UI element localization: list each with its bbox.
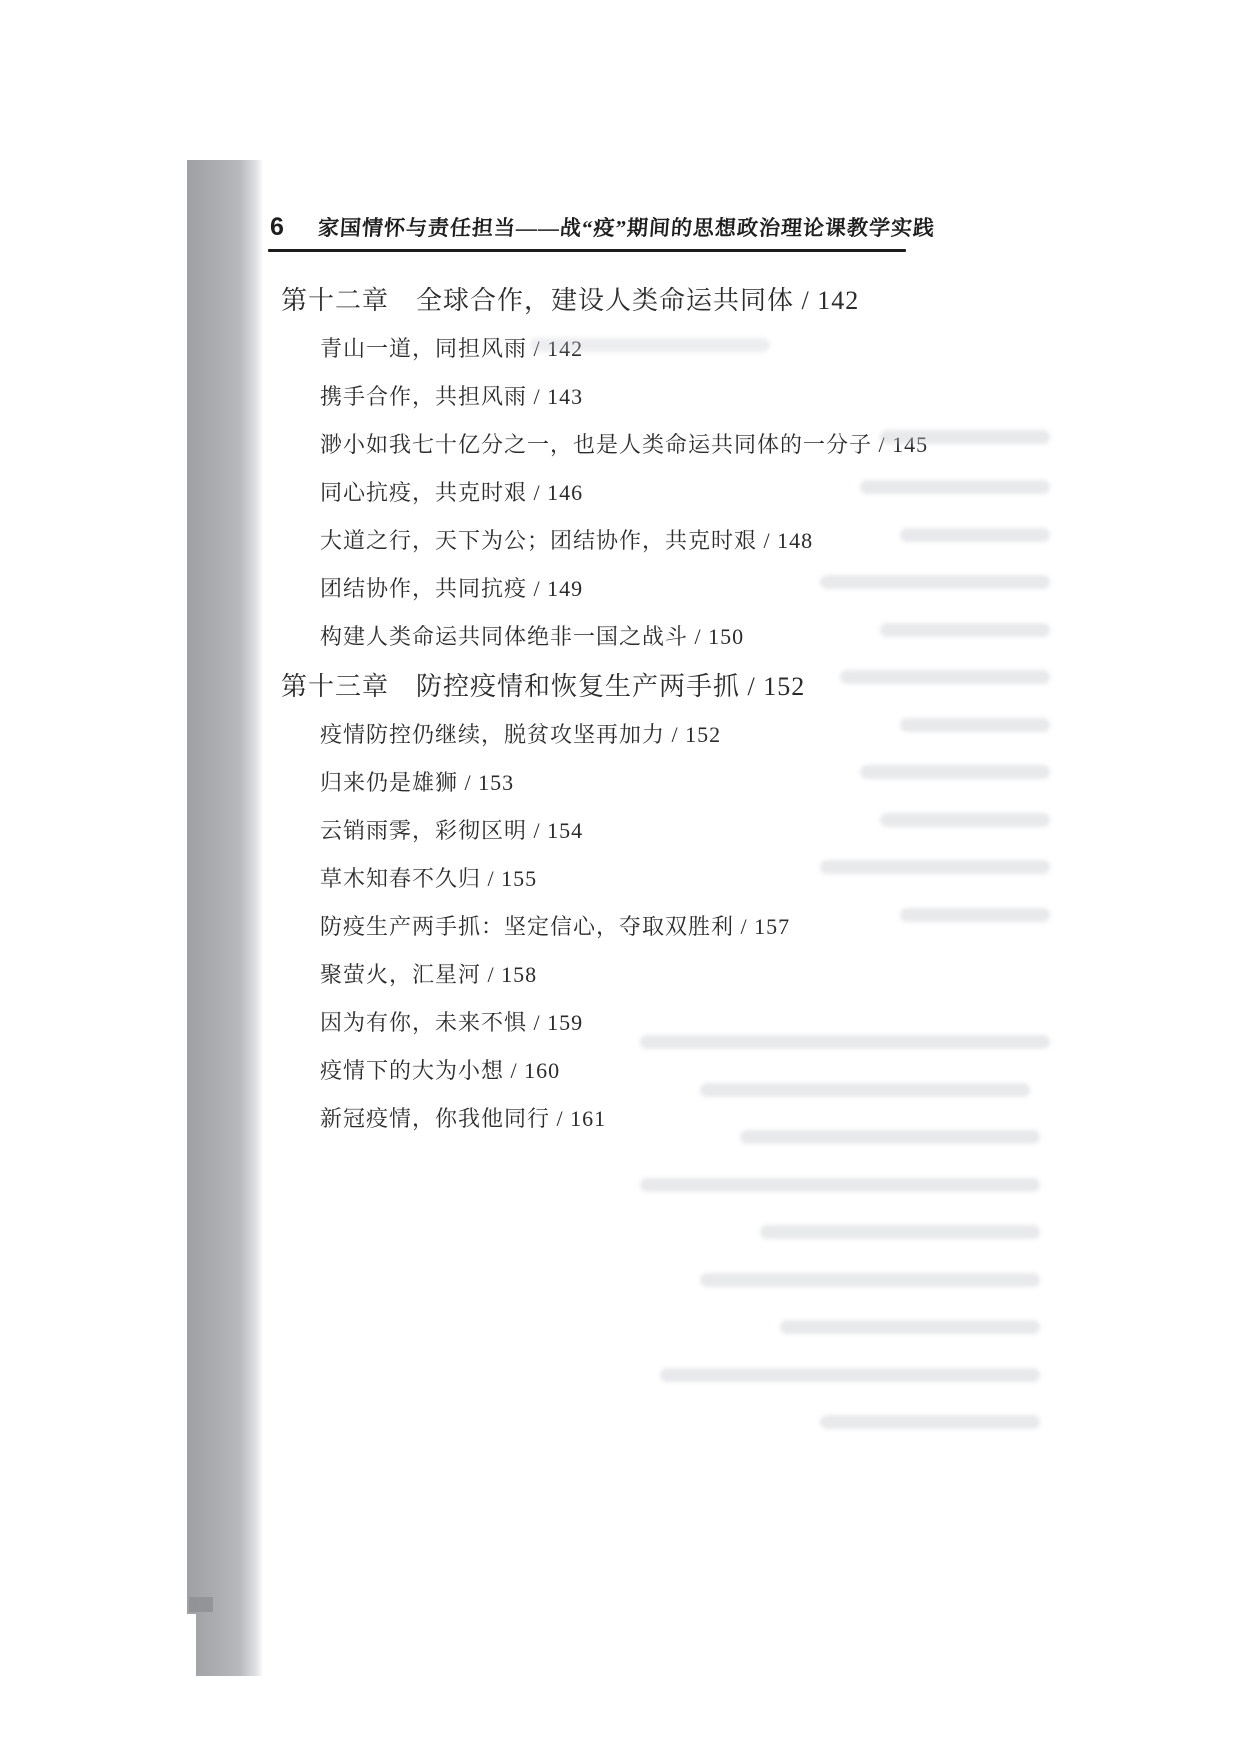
running-head: 6 家国情怀与责任担当——战“疫”期间的思想政治理论课教学实践 xyxy=(270,212,910,242)
bleedthrough-line xyxy=(640,1178,1040,1192)
bleedthrough-line xyxy=(840,670,1050,684)
scan-corner-mark xyxy=(189,1597,213,1612)
header-rule xyxy=(268,249,906,252)
toc-entry-line: 疫情下的大为小想 / 160 xyxy=(281,1056,1001,1086)
bleedthrough-line xyxy=(740,1130,1040,1144)
bleedthrough-line xyxy=(820,860,1050,874)
bleedthrough-line xyxy=(700,1083,1030,1097)
bleedthrough-line xyxy=(820,575,1050,589)
running-head-title: 家国情怀与责任担当——战“疫”期间的思想政治理论课教学实践 xyxy=(317,212,936,242)
bleedthrough-line xyxy=(880,623,1050,637)
bleedthrough-line xyxy=(780,1320,1040,1334)
page-number: 6 xyxy=(270,213,284,242)
gutter-shadow xyxy=(187,160,263,1676)
bleedthrough-line xyxy=(880,813,1050,827)
bleedthrough-line xyxy=(860,480,1050,494)
toc-entry-line: 大道之行，天下为公；团结协作，共克时艰 / 148 xyxy=(281,526,1001,556)
toc-entry-line: 疫情防控仍继续，脱贫攻坚再加力 / 152 xyxy=(281,720,1001,750)
table-of-contents: 第十二章 全球合作，建设人类命运共同体 / 142 青山一道，同担风雨 / 14… xyxy=(281,284,1001,1152)
bleedthrough-line xyxy=(640,1035,1050,1049)
bleedthrough-line xyxy=(860,765,1050,779)
bleedthrough-line xyxy=(530,338,770,352)
bleedthrough-line xyxy=(900,718,1050,732)
bleedthrough-line xyxy=(880,430,1050,444)
toc-entry-line: 聚萤火，汇星河 / 158 xyxy=(281,960,1001,990)
toc-entry-line: 携手合作，共担风雨 / 143 xyxy=(281,382,1001,412)
bleedthrough-line xyxy=(700,1273,1040,1287)
toc-entry-line: 防疫生产两手抓：坚定信心，夺取双胜利 / 157 xyxy=(281,912,1001,942)
bleedthrough-line xyxy=(900,908,1050,922)
bleedthrough-line xyxy=(760,1225,1040,1239)
bleedthrough-line xyxy=(660,1368,1040,1382)
bleedthrough-line xyxy=(820,1415,1040,1429)
gutter-shadow-notch xyxy=(187,1614,196,1676)
bleedthrough-line xyxy=(900,528,1050,542)
toc-chapter-line: 第十二章 全球合作，建设人类命运共同体 / 142 xyxy=(281,284,1001,318)
toc-entry-line: 因为有你，未来不惧 / 159 xyxy=(281,1008,1001,1038)
